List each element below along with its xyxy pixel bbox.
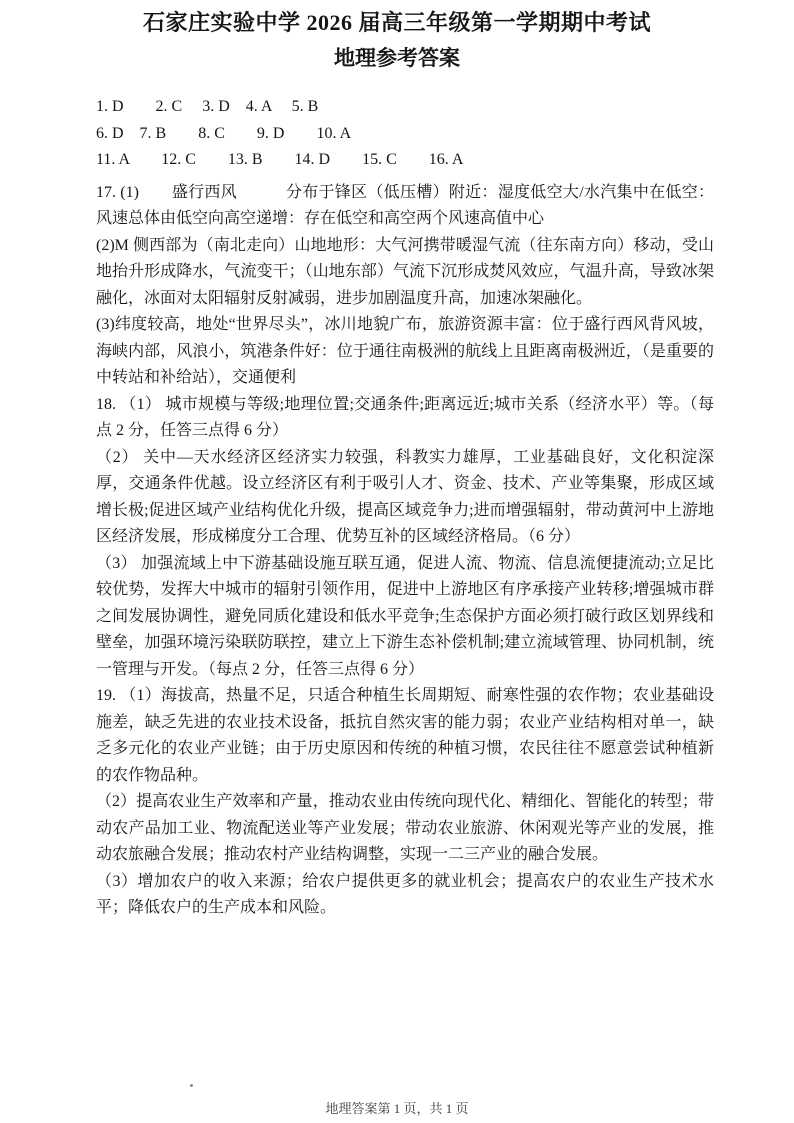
answer-q17-part1: 17. (1) 盛行西风 分布于锋区（低压槽）附近：湿度低空大/水汽集中在低空：…: [96, 180, 714, 233]
answer-q19-part1: 19. （1）海拔高，热量不足，只适合种植生长周期短、耐寒性强的农作物；农业基础…: [96, 683, 714, 789]
multiple-choice-line-11-16: 11. A 12. C 13. B 14. D 15. C 16. A: [96, 147, 714, 174]
answer-q17-part3: (3)纬度较高，地处“世界尽头”，冰川地貌广布，旅游资源丰富：位于盛行西风背风坡…: [96, 312, 714, 392]
answer-q18-part2: （2） 关中—天水经济区经济实力较强，科教实力雄厚，工业基础良好，文化积淀深厚，…: [96, 445, 714, 551]
answer-key-page: 石家庄实验中学 2026 届高三年级第一学期期中考试 地理参考答案 1. D 2…: [0, 0, 794, 1123]
answer-q19-part2: （2）提高农业生产效率和产量，推动农业由传统向现代化、精细化、智能化的转型；带动…: [96, 789, 714, 869]
answer-q18-part3: （3） 加强流域上中下游基础设施互联互通，促进人流、物流、信息流便捷流动;立足比…: [96, 551, 714, 684]
document-subtitle: 地理参考答案: [0, 45, 794, 73]
answer-q19-part3: （3）增加农户的收入来源；给农户提供更多的就业机会；提高农户的农业生产技术水平；…: [96, 869, 714, 922]
multiple-choice-line-6-10: 6. D 7. B 8. C 9. D 10. A: [96, 121, 714, 148]
answers-body: 1. D 2. C 3. D 4. A 5. B 6. D 7. B 8. C …: [96, 94, 714, 922]
document-title: 石家庄实验中学 2026 届高三年级第一学期期中考试: [0, 8, 794, 38]
page-footer: 地理答案第 1 页，共 1 页: [0, 1098, 794, 1117]
scan-artifact-dot: [190, 1084, 193, 1087]
answer-q17-part2: (2)M 侧西部为（南北走向）山地地形：大气河携带暖湿气流（往东南方向）移动，受…: [96, 233, 714, 313]
multiple-choice-line-1-5: 1. D 2. C 3. D 4. A 5. B: [96, 94, 714, 121]
answer-q18-part1: 18. （1） 城市规模与等级;地理位置;交通条件;距离远近;城市关系（经济水平…: [96, 392, 714, 445]
document-header: 石家庄实验中学 2026 届高三年级第一学期期中考试 地理参考答案: [0, 8, 794, 73]
